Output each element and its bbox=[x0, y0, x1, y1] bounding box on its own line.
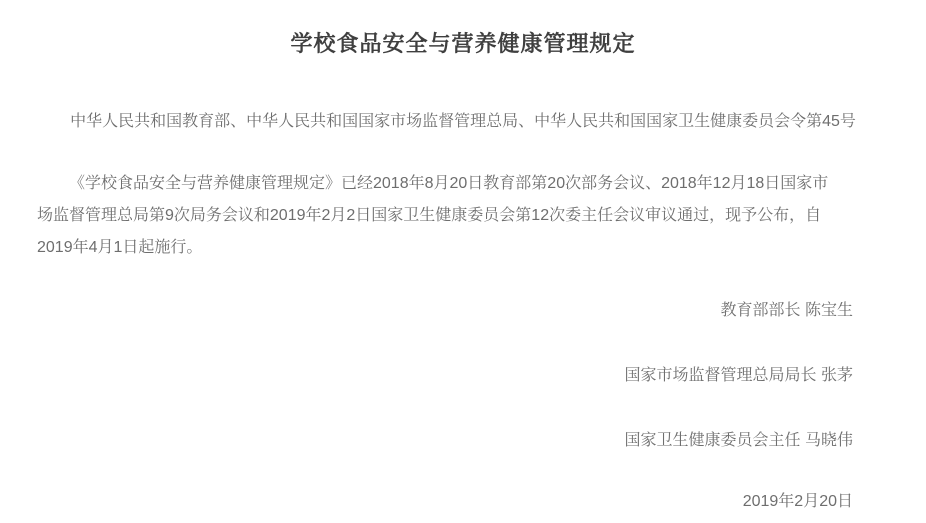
signature-market-regulation-director: 国家市场监督管理总局局长 张茅 bbox=[0, 360, 853, 392]
signature-health-commission-director: 国家卫生健康委员会主任 马晓伟 bbox=[0, 425, 853, 457]
signature-education-minister: 教育部部长 陈宝生 bbox=[0, 295, 853, 327]
paragraph-line-1: 《学校食品安全与营养健康管理规定》已经2018年8月20日教育部第20次部务会议… bbox=[37, 168, 886, 200]
regulation-document-page: 学校食品安全与营养健康管理规定 中华人民共和国教育部、中华人民共和国国家市场监督… bbox=[0, 0, 926, 523]
document-title: 学校食品安全与营养健康管理规定 bbox=[0, 27, 926, 60]
promulgation-paragraph: 《学校食品安全与营养健康管理规定》已经2018年8月20日教育部第20次部务会议… bbox=[37, 168, 886, 264]
paragraph-line-3: 2019年4月1日起施行。 bbox=[37, 232, 886, 264]
decree-number-line: 中华人民共和国教育部、中华人民共和国国家市场监督管理总局、中华人民共和国国家卫生… bbox=[0, 106, 926, 138]
document-date: 2019年2月20日 bbox=[0, 486, 853, 518]
paragraph-line-2: 场监督管理总局第9次局务会议和2019年2月2日国家卫生健康委员会第12次委主任… bbox=[37, 200, 886, 232]
